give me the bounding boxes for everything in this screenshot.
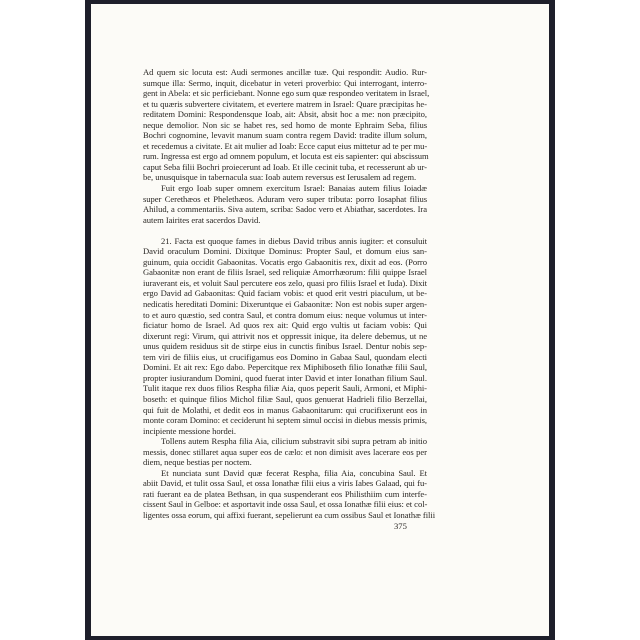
- text-line: monte coram Domino: et ceciderunt hi sep…: [143, 415, 427, 426]
- text-line: Gabaonitæ non erant de filiis Israel, se…: [143, 267, 427, 278]
- text-line: Tollens autem Respha filia Aia, cilicium…: [143, 436, 427, 447]
- text-line: Tulit itaque rex duos filios Respha fili…: [143, 383, 427, 394]
- text-line: caput Seba filii Bochri proiecerunt ad I…: [143, 162, 427, 173]
- text-line: Bochri cognomine, levavit manum suam con…: [143, 130, 427, 141]
- text-line: unus quidem residuus sit de stirpe eius …: [143, 341, 427, 352]
- text-line: sumque illa: Sermo, inquit, dicebatur in…: [143, 78, 427, 89]
- text-line: reditatem Domini: Respondensque Ioab, ai…: [143, 109, 427, 120]
- text-line: messis, donec stillaret aqua super eos d…: [143, 447, 427, 458]
- paragraph: Et nunciata sunt David quæ fecerat Resph…: [143, 468, 427, 521]
- text-line: neque demolior. Non sic se habet res, se…: [143, 120, 427, 131]
- text-line: ficiatur homo de Israel. Ad quos rex ait…: [143, 320, 427, 331]
- text-line: Et nunciata sunt David quæ fecerat Resph…: [143, 468, 427, 479]
- text-line: rati fuerant ea de platea Bethsan, in qu…: [143, 489, 427, 500]
- text-line: dixerunt regi: Virum, qui attrivit nos e…: [143, 331, 427, 342]
- body-text: Ad quem sic locuta est: Audi sermones an…: [143, 67, 427, 521]
- text-line: be, unusquisque in tabernacula sua: Ioab…: [143, 172, 427, 183]
- text-line: Ad quem sic locuta est: Audi sermones an…: [143, 67, 427, 78]
- text-line: Fuit ergo Ioab super omnem exercitum Isr…: [143, 183, 427, 194]
- text-line: boseth: et quinque filios Michol filiæ S…: [143, 394, 427, 405]
- text-line: incipiente messione hordei.: [143, 426, 427, 437]
- text-line: tem viri de filiis eius, ut crucifigamus…: [143, 352, 427, 363]
- page-number: 375: [394, 521, 407, 531]
- text-line: guinum, quia occidit Gabaonitas. Vocatis…: [143, 257, 427, 268]
- text-line: cissent Saul in Gelboe: et asportavit in…: [143, 499, 427, 510]
- text-line: abiit David, et tulit ossa Saul, et ossa…: [143, 478, 427, 489]
- paragraph: Tollens autem Respha filia Aia, cilicium…: [143, 436, 427, 468]
- text-line: to et auro quæstio, sed contra Saul, et …: [143, 310, 427, 321]
- text-line: propter iusiurandum Domini, quod fuerat …: [143, 373, 427, 384]
- text-line: diem, neque bestias per noctem.: [143, 457, 427, 468]
- text-line: gent in Abela: et sic perficiebant. Nonn…: [143, 88, 427, 99]
- text-line: ligentes ossa eorum, qui affixi fuerant,…: [143, 510, 427, 521]
- paragraph: Fuit ergo Ioab super omnem exercitum Isr…: [143, 183, 427, 225]
- text-line: nedicatis hereditati Domini: Dixeruntque…: [143, 299, 427, 310]
- text-line: qui fuit de Molathi, et dedit eos in man…: [143, 405, 427, 416]
- text-line: Domini. Et ait rex: Ego dabo. Pepercitqu…: [143, 362, 427, 373]
- text-line: rum. Ingressa est ergo ad omnem populum,…: [143, 151, 427, 162]
- text-line: David oraculum Domini. Dixitque Dominus:…: [143, 246, 427, 257]
- text-line: ergo David ad Gabaonitas: Quid faciam vo…: [143, 288, 427, 299]
- text-line: autem Iairites erat sacerdos David.: [143, 215, 427, 226]
- text-line: super Cerethæos et Phelethæos. Aduram ve…: [143, 194, 427, 205]
- text-line: 21. Facta est quoque fames in diebus Dav…: [143, 236, 427, 247]
- text-line: et tu quæris subvertere civitatem, et ev…: [143, 99, 427, 110]
- paragraph-gap: [143, 225, 427, 236]
- paragraph: Ad quem sic locuta est: Audi sermones an…: [143, 67, 427, 183]
- text-line: Ahilud, a commentariis. Siva autem, scri…: [143, 204, 427, 215]
- text-line: iuraverant eis, et voluit Saul percutere…: [143, 278, 427, 289]
- paragraph: 21. Facta est quoque fames in diebus Dav…: [143, 236, 427, 436]
- text-line: et recedemus a civitate. Et ait mulier a…: [143, 141, 427, 152]
